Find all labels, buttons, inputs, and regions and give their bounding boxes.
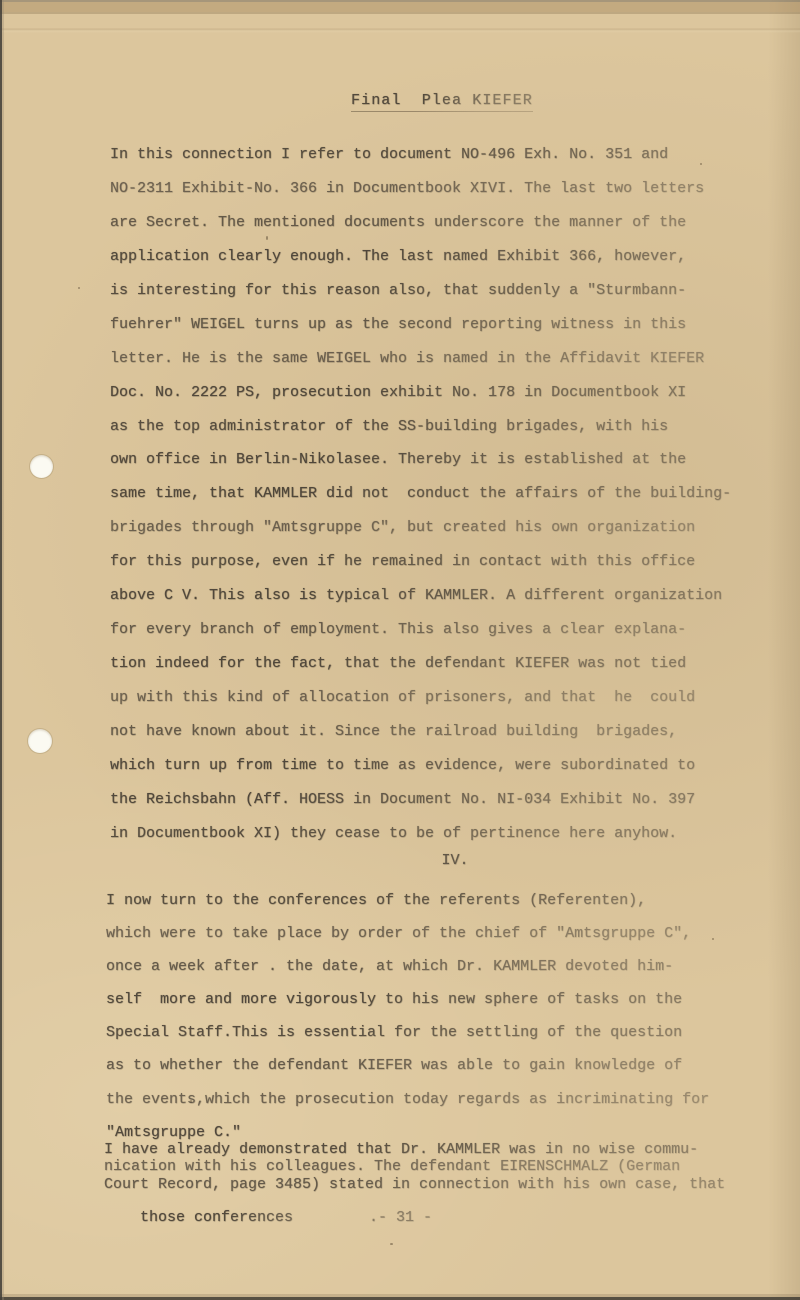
text-line: up with this kind of allocation of priso…: [110, 681, 780, 715]
section-heading: IV.: [110, 851, 800, 871]
text-line: not have known about it. Since the railr…: [110, 715, 780, 749]
text-line: are Secret. The mentioned documents unde…: [110, 206, 780, 240]
text-line: application clearly enough. The last nam…: [110, 240, 780, 274]
text-line: nication with his colleagues. The defend…: [104, 1158, 784, 1175]
paragraph-2: I now turn to the conferences of the ref…: [106, 884, 786, 1149]
text-line: NO-2311 Exhibit-No. 366 in Documentbook …: [110, 172, 780, 206]
text-line: letter. He is the same WEIGEL who is nam…: [110, 342, 780, 376]
text-line: once a week after . the date, at which D…: [106, 950, 786, 983]
closing-last-line: those conferences.- 31 -: [104, 1192, 432, 1243]
paper-speck: [390, 1243, 393, 1245]
text-line: the events,which the prosecution today r…: [106, 1083, 786, 1116]
text-line: self more and more vigorously to his new…: [106, 983, 786, 1016]
text-line: as to whether the defendant KIEFER was a…: [106, 1049, 786, 1082]
text-line: for this purpose, even if he remained in…: [110, 545, 780, 579]
text-line: the Reichsbahn (Aff. HOESS in Document N…: [110, 783, 780, 817]
text-line: which were to take place by order of the…: [106, 917, 786, 950]
text-line: is interesting for this reason also, tha…: [110, 274, 780, 308]
text-line: Doc. No. 2222 PS, prosecution exhibit No…: [110, 376, 780, 410]
punch-hole-top: [30, 455, 53, 478]
text-line: in Documentbook XI) they cease to be of …: [110, 817, 780, 851]
text-line: same time, that KAMMLER did not conduct …: [110, 477, 780, 511]
text-line: fuehrer" WEIGEL turns up as the second r…: [110, 308, 780, 342]
text-line: for every branch of employment. This als…: [110, 613, 780, 647]
text-line: I have already demonstrated that Dr. KAM…: [104, 1141, 784, 1158]
text-line: tion indeed for the fact, that the defen…: [110, 647, 780, 681]
document-page: Final Plea KIEFER In this connection I r…: [0, 0, 800, 1300]
paper-speck: [78, 287, 80, 289]
text-line: Court Record, page 3485) stated in conne…: [104, 1176, 784, 1193]
text-line: which turn up from time to time as evide…: [110, 749, 780, 783]
text-line: as the top administrator of the SS-build…: [110, 410, 780, 444]
text-line: above C V. This also is typical of KAMML…: [110, 579, 780, 613]
punch-hole-bottom: [28, 729, 52, 753]
text-line: Special Staff.This is essential for the …: [106, 1016, 786, 1049]
page-title: Final Plea KIEFER: [351, 92, 533, 112]
closing-paragraph: I have already demonstrated that Dr. KAM…: [104, 1141, 784, 1193]
text-line: own office in Berlin-Nikolasee. Thereby …: [110, 443, 780, 477]
text-line: In this connection I refer to document N…: [110, 138, 780, 172]
closing-text: those conferences: [140, 1209, 293, 1226]
text-line: I now turn to the conferences of the ref…: [106, 884, 786, 917]
text-line: brigades through "Amtsgruppe C", but cre…: [110, 511, 780, 545]
page-number: .- 31 -: [369, 1209, 432, 1226]
paragraph-1: In this connection I refer to document N…: [110, 138, 780, 851]
